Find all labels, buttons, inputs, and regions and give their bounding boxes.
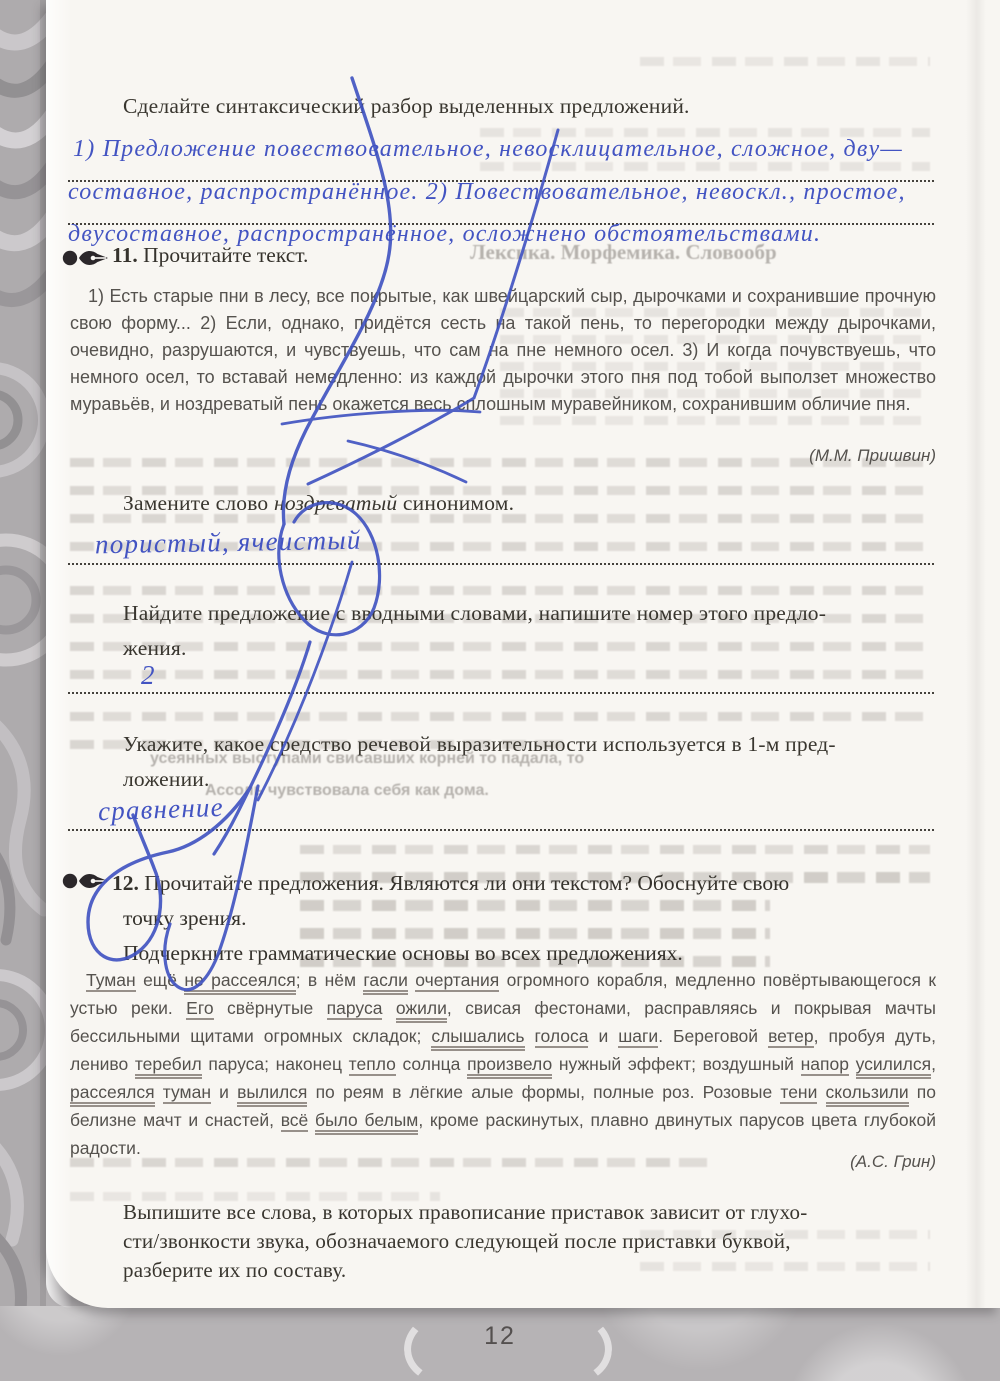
handwritten-answer-1: пористый, ячеистый <box>95 525 362 561</box>
answer-dotted-line-4[interactable] <box>68 692 934 694</box>
exercise-12-attribution: (А.С. Грин) <box>70 1152 936 1172</box>
task-line-1: Выпишите все слова, в которых правописан… <box>123 1198 807 1227</box>
exercise-11-attribution: (М.М. Пришвин) <box>70 446 936 466</box>
q2-line-1: Найдите предложение с вводными словами, … <box>123 596 826 631</box>
handwritten-answer-2: 2 <box>141 660 156 691</box>
q3-line-2: ложении. <box>123 762 836 797</box>
answer-dotted-line-5[interactable] <box>68 829 934 831</box>
exercise-11-text: 1) Есть старые пни в лесу, все покрытые,… <box>70 283 936 418</box>
q1-pre: Замените слово <box>123 491 274 515</box>
exercise-11-question-1: Замените слово ноздреватый синонимом. <box>123 491 514 516</box>
pen-nib-icon <box>62 869 110 893</box>
pen-nib-icon <box>62 246 110 270</box>
task-line-3: разберите их по составу. <box>123 1256 807 1285</box>
q1-post: синонимом. <box>397 491 514 515</box>
handwritten-parse-line-2: составное, распространённое. 2) Повество… <box>68 179 906 206</box>
exercise-12-text: Туман ещё не рассеялся; в нём гасли очер… <box>70 966 936 1162</box>
q2-line-2: жения. <box>123 631 826 666</box>
exercise-12-task: Выпишите все слова, в которых правописан… <box>123 1198 807 1285</box>
answer-dotted-line-3[interactable] <box>68 563 934 565</box>
task-line-2: сти/звонкости звука, обозначаемого следу… <box>123 1227 807 1256</box>
exercise-11-number: 11. <box>112 243 138 267</box>
exercise-11-question-2: Найдите предложение с вводными словами, … <box>123 596 826 666</box>
handwritten-parse-line-1: 1) Предложение повествовательное, невоск… <box>73 136 903 163</box>
handwritten-answer-3: сравнение <box>97 792 224 827</box>
paper-sheet: Лексика. Морфемика. Словообр усеянных вы… <box>46 0 1000 1308</box>
page-number: 12 <box>455 1322 545 1351</box>
intro-title: Сделайте синтаксический разбор выделенны… <box>123 94 690 119</box>
scanned-workbook-page: 12 Лексика. Морфемика. Словообр усеянных… <box>0 0 1000 1381</box>
exercise-12-title-line-1: Прочитайте предложения. Являются ли они … <box>144 871 789 895</box>
exercise-12-header: 12. Прочитайте предложения. Являются ли … <box>112 866 789 971</box>
exercise-11-title: Прочитайте текст. <box>143 243 308 267</box>
exercise-11-header: 11. Прочитайте текст. <box>112 243 308 268</box>
exercise-12-title-line-2: точку зрения. <box>112 901 789 936</box>
exercise-12-number: 12. <box>112 871 139 895</box>
swirl-pattern-art <box>0 0 46 1381</box>
left-margin-pattern <box>0 0 46 1381</box>
q1-italic-word: ноздреватый <box>274 491 397 515</box>
q3-line-1: Укажите, какое средство речевой выразите… <box>123 727 836 762</box>
exercise-11-question-3: Укажите, какое средство речевой выразите… <box>123 727 836 797</box>
